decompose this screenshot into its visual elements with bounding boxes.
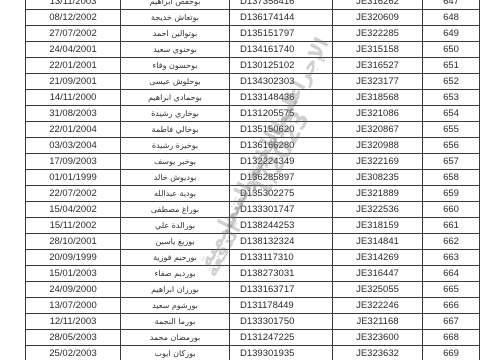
date-cell: 03/03/2004: [26, 138, 121, 154]
table-row: 21/09/2001بوحلوش عيسىD134302303JE3231776…: [26, 74, 480, 90]
id-cell: D136285897: [230, 170, 333, 186]
date-cell: 24/09/2000: [26, 282, 121, 298]
number-cell: 668: [423, 330, 480, 346]
number-cell: 650: [423, 42, 480, 58]
reg-cell: JE315158: [333, 42, 423, 58]
number-cell: 653: [423, 90, 480, 106]
reg-cell: JE325055: [333, 282, 423, 298]
table-row: 20/09/1999بورحيم فوزيةD133117310JE314269…: [26, 250, 480, 266]
number-cell: 652: [423, 74, 480, 90]
reg-cell: JE318568: [333, 90, 423, 106]
table-row: 15/11/2002بورالدة عليD138244253JE3181596…: [26, 218, 480, 234]
reg-cell: JE318159: [333, 218, 423, 234]
id-cell: D132224349: [230, 154, 333, 170]
table-body: 13/11/2003بوحفص ابراهيمD137358416JE31626…: [26, 0, 480, 360]
date-cell: 20/09/1999: [26, 250, 121, 266]
reg-cell: JE316527: [333, 58, 423, 74]
table-row: 25/02/2003بوزكان ايوبD139301935JE3236326…: [26, 346, 480, 360]
table-row: 01/01/1999بوديوش خالدD136285897JE3082356…: [26, 170, 480, 186]
name-cell: بوزيغ ياسين: [121, 234, 230, 250]
reg-cell: JE323600: [333, 330, 423, 346]
name-cell: بورديم صفاء: [121, 266, 230, 282]
table-row: 08/12/2002بوتعاش خديجةD136174144JE320609…: [26, 10, 480, 26]
id-cell: D130125102: [230, 58, 333, 74]
date-cell: 22/01/2004: [26, 122, 121, 138]
date-cell: 22/07/2002: [26, 186, 121, 202]
reg-cell: JE320867: [333, 122, 423, 138]
table-row: 27/07/2002بوتوالين احمدD135151797JE32228…: [26, 26, 480, 42]
id-cell: D136166280: [230, 138, 333, 154]
number-cell: 655: [423, 122, 480, 138]
table-row: 14/11/2000بوحمادي ابراهيمD133148436JE318…: [26, 90, 480, 106]
id-cell: D138132324: [230, 234, 333, 250]
date-cell: 13/11/2003: [26, 0, 121, 10]
table-row: 22/07/2002بودية عبداللهD135302275JE32188…: [26, 186, 480, 202]
table-row: 15/04/2002بوراغ مصطفىD133301747JE3225366…: [26, 202, 480, 218]
number-cell: 656: [423, 138, 480, 154]
name-cell: بودية عبدالله: [121, 186, 230, 202]
table-row: 31/08/2003بوخاري رشيدةD131205575JE321086…: [26, 106, 480, 122]
date-cell: 17/09/2003: [26, 154, 121, 170]
date-cell: 31/08/2003: [26, 106, 121, 122]
name-cell: بوزكان ايوب: [121, 346, 230, 360]
id-cell: D131205575: [230, 106, 333, 122]
id-cell: D133301747: [230, 202, 333, 218]
date-cell: 22/01/2001: [26, 58, 121, 74]
id-cell: D131247225: [230, 330, 333, 346]
date-cell: 15/01/2003: [26, 266, 121, 282]
number-cell: 661: [423, 218, 480, 234]
table-row: 17/09/2003بوخير يوسفD132224349JE32216965…: [26, 154, 480, 170]
name-cell: بورما النجمة: [121, 314, 230, 330]
date-cell: 12/11/2003: [26, 314, 121, 330]
name-cell: بوحنوي سعيد: [121, 42, 230, 58]
number-cell: 657: [423, 154, 480, 170]
date-cell: 24/04/2001: [26, 42, 121, 58]
table-row: 03/03/2004بوخيزة رشيدةD136166280JE320988…: [26, 138, 480, 154]
name-cell: بورالدة علي: [121, 218, 230, 234]
name-cell: بوحلوش عيسى: [121, 74, 230, 90]
reg-cell: JE321889: [333, 186, 423, 202]
table-row: 13/11/2003بوحفص ابراهيمD137358416JE31626…: [26, 0, 480, 10]
candidates-table: 13/11/2003بوحفص ابراهيمD137358416JE31626…: [25, 0, 480, 360]
reg-cell: JE314269: [333, 250, 423, 266]
reg-cell: JE322169: [333, 154, 423, 170]
table-row: 24/09/2000بورزان ابراهيمD133163717JE3250…: [26, 282, 480, 298]
id-cell: D133148436: [230, 90, 333, 106]
date-cell: 28/05/2003: [26, 330, 121, 346]
name-cell: بورمضان محمد: [121, 330, 230, 346]
reg-cell: JE323177: [333, 74, 423, 90]
table-row: 28/05/2003بورمضان محمدD131247225JE323600…: [26, 330, 480, 346]
id-cell: D135302275: [230, 186, 333, 202]
number-cell: 648: [423, 10, 480, 26]
number-cell: 664: [423, 266, 480, 282]
id-cell: D133117310: [230, 250, 333, 266]
name-cell: بوحفص ابراهيم: [121, 0, 230, 10]
reg-cell: JE308235: [333, 170, 423, 186]
id-cell: D139301935: [230, 346, 333, 360]
document-page: 13/11/2003بوحفص ابراهيمD137358416JE31626…: [25, 0, 469, 360]
number-cell: 658: [423, 170, 480, 186]
name-cell: بوتوالين احمد: [121, 26, 230, 42]
number-cell: 665: [423, 282, 480, 298]
table-row: 28/10/2001بوزيغ ياسينD138132324JE3148416…: [26, 234, 480, 250]
name-cell: بوراغ مصطفى: [121, 202, 230, 218]
date-cell: 15/11/2002: [26, 218, 121, 234]
table-row: 15/01/2003بورديم صفاءD138273031JE3164476…: [26, 266, 480, 282]
date-cell: 15/04/2002: [26, 202, 121, 218]
reg-cell: JE322536: [333, 202, 423, 218]
name-cell: بوتعاش خديجة: [121, 10, 230, 26]
number-cell: 660: [423, 202, 480, 218]
number-cell: 669: [423, 346, 480, 360]
date-cell: 13/07/2000: [26, 298, 121, 314]
date-cell: 28/10/2001: [26, 234, 121, 250]
id-cell: D133301750: [230, 314, 333, 330]
number-cell: 666: [423, 298, 480, 314]
number-cell: 649: [423, 26, 480, 42]
name-cell: بوحسون وفاء: [121, 58, 230, 74]
number-cell: 647: [423, 0, 480, 10]
name-cell: بوخاري رشيدة: [121, 106, 230, 122]
reg-cell: JE321086: [333, 106, 423, 122]
id-cell: D138273031: [230, 266, 333, 282]
table-row: 13/07/2000بورشوم سعيدD131178449JE3222466…: [26, 298, 480, 314]
date-cell: 25/02/2003: [26, 346, 121, 360]
reg-cell: JE320609: [333, 10, 423, 26]
name-cell: بوديوش خالد: [121, 170, 230, 186]
name-cell: بوخير يوسف: [121, 154, 230, 170]
number-cell: 663: [423, 250, 480, 266]
name-cell: بوخالي فاطمة: [121, 122, 230, 138]
date-cell: 27/07/2002: [26, 26, 121, 42]
date-cell: 01/01/1999: [26, 170, 121, 186]
name-cell: بورزان ابراهيم: [121, 282, 230, 298]
id-cell: D136174144: [230, 10, 333, 26]
name-cell: بورحيم فوزية: [121, 250, 230, 266]
id-cell: D131178449: [230, 298, 333, 314]
number-cell: 651: [423, 58, 480, 74]
reg-cell: JE322285: [333, 26, 423, 42]
date-cell: 21/09/2001: [26, 74, 121, 90]
reg-cell: JE321168: [333, 314, 423, 330]
table-row: 12/11/2003بورما النجمةD133301750JE321168…: [26, 314, 480, 330]
reg-cell: JE323632: [333, 346, 423, 360]
name-cell: بورشوم سعيد: [121, 298, 230, 314]
table-row: 24/04/2001بوحنوي سعيدD134161740JE3151586…: [26, 42, 480, 58]
date-cell: 08/12/2002: [26, 10, 121, 26]
id-cell: D134302303: [230, 74, 333, 90]
reg-cell: JE316262: [333, 0, 423, 10]
reg-cell: JE314841: [333, 234, 423, 250]
reg-cell: JE316447: [333, 266, 423, 282]
name-cell: بوخيزة رشيدة: [121, 138, 230, 154]
reg-cell: JE322246: [333, 298, 423, 314]
table-row: 22/01/2001بوحسون وفاءD130125102JE3165276…: [26, 58, 480, 74]
table-row: 22/01/2004بوخالي فاطمةD135150620JE320867…: [26, 122, 480, 138]
date-cell: 14/11/2000: [26, 90, 121, 106]
name-cell: بوحمادي ابراهيم: [121, 90, 230, 106]
number-cell: 667: [423, 314, 480, 330]
id-cell: D134161740: [230, 42, 333, 58]
reg-cell: JE320988: [333, 138, 423, 154]
number-cell: 654: [423, 106, 480, 122]
id-cell: D137358416: [230, 0, 333, 10]
number-cell: 659: [423, 186, 480, 202]
id-cell: D135151797: [230, 26, 333, 42]
id-cell: D135150620: [230, 122, 333, 138]
id-cell: D133163717: [230, 282, 333, 298]
number-cell: 662: [423, 234, 480, 250]
id-cell: D138244253: [230, 218, 333, 234]
